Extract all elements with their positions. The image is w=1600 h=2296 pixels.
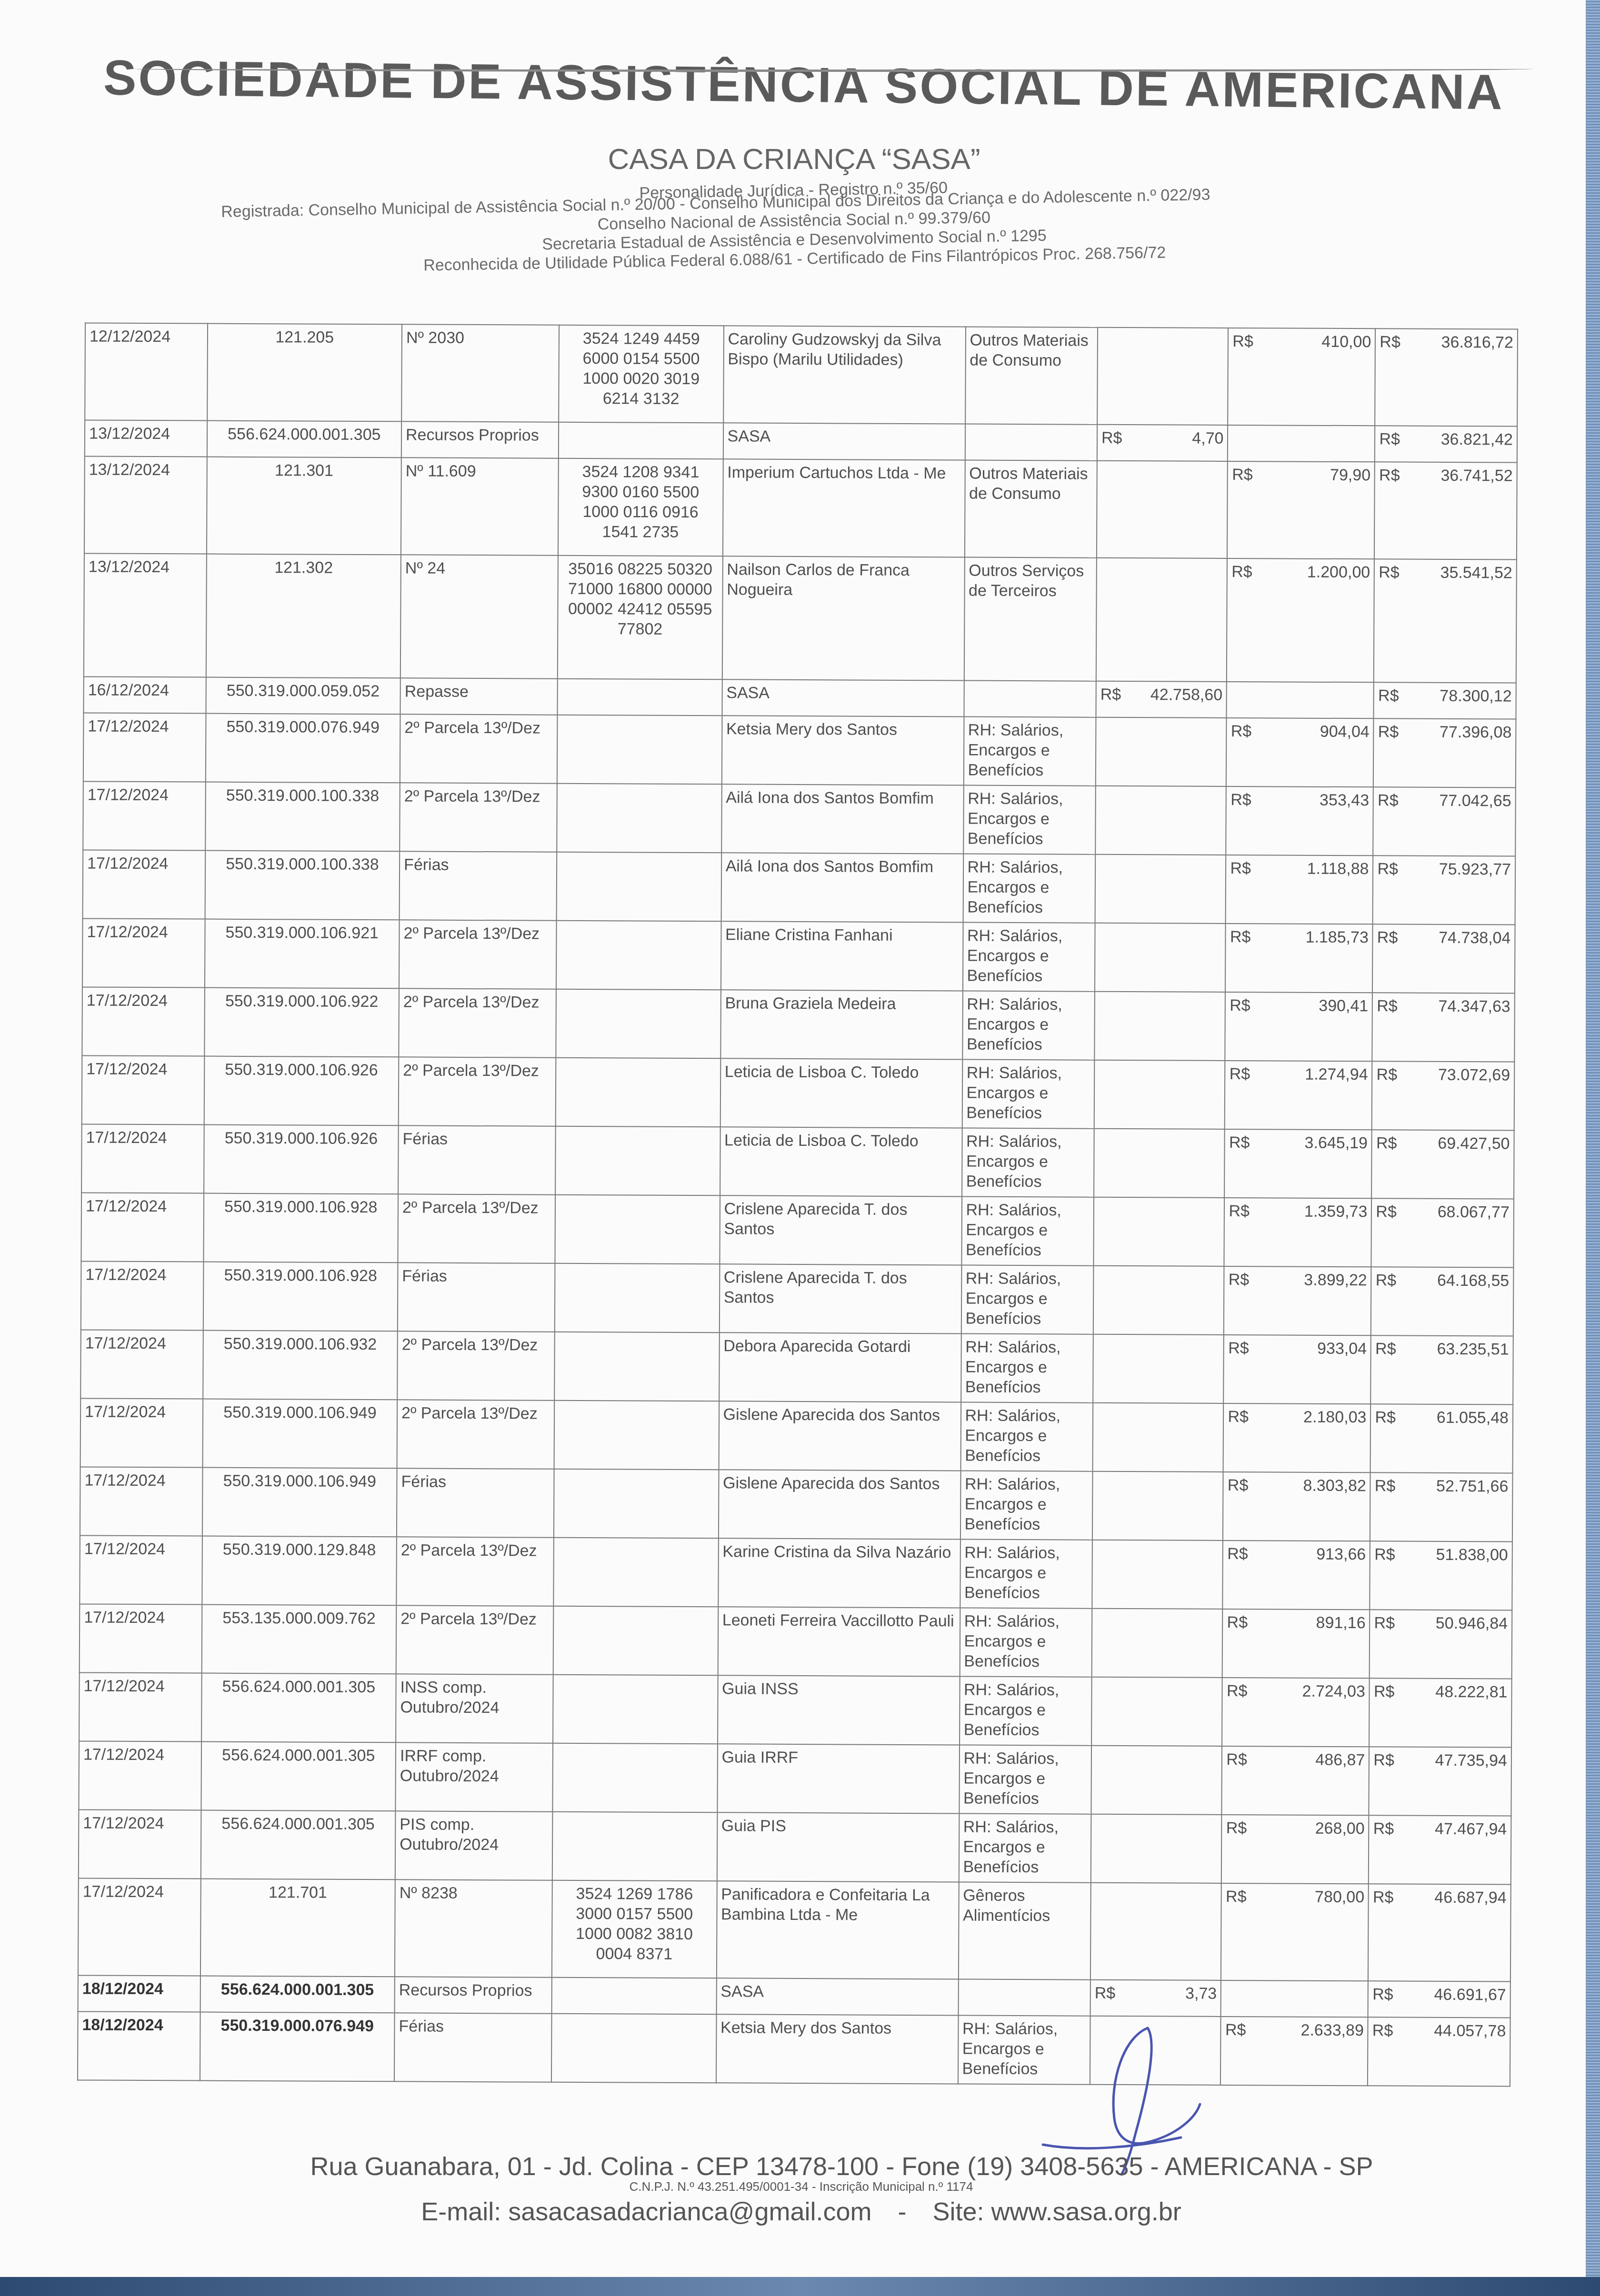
ledger-balance: R$64.168,55 (1371, 1267, 1513, 1336)
ledger-date: 17/12/2024 (83, 850, 205, 919)
ledger-payee: SASA (716, 1978, 958, 2015)
ledger-account: 550.319.000.106.928 (203, 1262, 398, 1332)
currency-symbol: R$ (1228, 1407, 1249, 1427)
ledger-credit: R$3,73 (1090, 1980, 1221, 2017)
amount-value: 64.168,55 (1437, 1271, 1509, 1291)
amount-value: 63.235,51 (1437, 1339, 1509, 1360)
ledger-date: 17/12/2024 (80, 1604, 202, 1673)
ledger-payee: Caroliny Gudzowskyj da Silva Bispo (Mari… (723, 326, 966, 424)
amount-value: 3.899,22 (1304, 1270, 1367, 1291)
ledger-category: RH: Salários, Encargos e Benefícios (960, 1608, 1092, 1677)
ledger-debit: R$410,00 (1228, 328, 1376, 426)
ledger-access-key (553, 1675, 718, 1744)
ledger-doc: 2º Parcela 13º/Dez (399, 988, 556, 1057)
amount-value: 75.923,77 (1439, 859, 1511, 880)
amount-value: 2.724,03 (1302, 1681, 1366, 1702)
ledger-category: RH: Salários, Encargos e Benefícios (963, 785, 1096, 855)
ledger-account: 550.319.000.100.338 (205, 782, 400, 852)
currency-symbol: R$ (1095, 1983, 1116, 2003)
ledger-debit: R$8.303,82 (1223, 1472, 1370, 1541)
ledger-account: 550.319.000.106.926 (204, 1056, 399, 1126)
table-row: 17/12/2024556.624.000.001.305IRRF comp. … (79, 1741, 1511, 1816)
ledger-access-key (556, 1058, 720, 1127)
ledger-doc: 2º Parcela 13º/Dez (399, 1057, 556, 1126)
ledger-access-key: 3524 1249 4459 6000 0154 5500 1000 0020 … (559, 325, 724, 423)
ledger-balance: R$69.427,50 (1372, 1130, 1514, 1199)
amount-value: 3,73 (1185, 1984, 1217, 2004)
ledger-account: 553.135.000.009.762 (201, 1605, 396, 1674)
ledger-doc: Férias (398, 1262, 555, 1332)
ledger-date: 12/12/2024 (85, 323, 207, 420)
amount-value: 50.946,84 (1436, 1613, 1508, 1634)
ledger-date: 17/12/2024 (81, 1261, 203, 1330)
ledger-credit (1091, 1814, 1222, 1883)
ledger-payee: Crislene Aparecida T. dos Santos (719, 1264, 961, 1333)
ledger-doc: Nº 2030 (401, 324, 559, 422)
amount-value: 1.274,94 (1305, 1064, 1368, 1085)
table-row: 12/12/2024121.205Nº 20303524 1249 4459 6… (85, 323, 1518, 426)
ledger-doc: IRRF comp. Outubro/2024 (395, 1742, 553, 1811)
ledger-debit (1227, 682, 1374, 718)
ledger-category: RH: Salários, Encargos e Benefícios (960, 1402, 1093, 1471)
amount-value: 51.838,00 (1436, 1545, 1508, 1565)
amount-value: 486,87 (1315, 1750, 1365, 1770)
ledger-account: 550.319.000.106.921 (205, 919, 400, 989)
ledger-debit: R$1.200,00 (1227, 558, 1374, 682)
amount-value: 1.359,73 (1304, 1202, 1368, 1222)
ledger-balance: R$63.235,51 (1371, 1335, 1513, 1404)
ledger-debit: R$2.724,03 (1222, 1678, 1370, 1747)
ledger-balance: R$77.042,65 (1373, 787, 1516, 856)
table-row: 13/12/2024121.302Nº 2435016 08225 50320 … (84, 553, 1517, 683)
ledger-access-key (555, 1195, 720, 1264)
amount-value: 47.735,94 (1435, 1750, 1507, 1771)
currency-symbol: R$ (1374, 1613, 1395, 1633)
table-row: 13/12/2024556.624.000.001.305Recursos Pr… (85, 420, 1517, 462)
ledger-access-key (551, 2014, 716, 2083)
ledger-category: RH: Salários, Encargos e Benefícios (962, 1128, 1094, 1197)
ledger-payee: Leticia de Lisboa C. Toledo (720, 1127, 962, 1196)
ledger-credit (1094, 1129, 1225, 1198)
ledger-payee: Karine Cristina da Silva Nazário (718, 1538, 960, 1608)
ledger-date: 17/12/2024 (79, 1672, 201, 1741)
ledger-access-key (557, 715, 722, 785)
footer-cnpj: C.N.P.J. N.º 43.251.495/0001-34 - Inscri… (14, 2179, 1588, 2194)
table-row: 16/12/2024550.319.000.059.052RepasseSASA… (83, 676, 1516, 719)
ledger-credit (1095, 923, 1226, 992)
ledger-category: RH: Salários, Encargos e Benefícios (962, 991, 1095, 1060)
currency-symbol: R$ (1229, 1201, 1250, 1221)
amount-value: 52.751,66 (1436, 1476, 1508, 1497)
ledger-credit (1092, 1609, 1223, 1678)
ledger-debit: R$1.274,94 (1225, 1061, 1372, 1130)
ledger-balance: R$77.396,08 (1373, 718, 1516, 787)
ledger-account: 550.319.000.129.848 (202, 1536, 397, 1606)
ledger-doc: Férias (400, 851, 557, 920)
ledger-doc: Nº 11.609 (401, 457, 559, 555)
ledger-category: RH: Salários, Encargos e Benefícios (961, 1334, 1093, 1403)
amount-value: 36.821,42 (1441, 429, 1513, 450)
ledger-payee: Guia INSS (718, 1675, 960, 1745)
ledger-credit: R$42.758,60 (1096, 681, 1227, 718)
table-row: 17/12/2024550.319.000.106.9212º Parcela … (82, 918, 1515, 993)
amount-value: 73.072,69 (1438, 1065, 1510, 1085)
ledger-balance: R$51.838,00 (1370, 1541, 1512, 1610)
ledger-payee: Ailá Iona dos Santos Bomfim (721, 853, 963, 922)
ledger-category: Gêneros Alimentícios (958, 1882, 1090, 1979)
ledger-account: 550.319.000.100.338 (205, 851, 400, 920)
footer-address: Rua Guanabara, 01 - Jd. Colina - CEP 134… (95, 2152, 1588, 2181)
table-row: 17/12/2024550.319.000.106.928FériasCrisl… (81, 1261, 1514, 1336)
ledger-access-key (555, 1126, 720, 1196)
ledger-balance: R$46.691,67 (1368, 1981, 1510, 2018)
ledger-date: 18/12/2024 (78, 2011, 200, 2080)
ledger-account: 121.205 (207, 324, 402, 422)
ledger-balance: R$36.741,52 (1374, 462, 1517, 559)
ledger-balance: R$47.735,94 (1369, 1747, 1511, 1816)
ledger-payee: Crislene Aparecida T. dos Santos (720, 1195, 962, 1265)
currency-symbol: R$ (1100, 685, 1121, 705)
ledger-credit (1092, 1540, 1223, 1609)
amount-value: 2.633,89 (1300, 2020, 1364, 2041)
ledger-category (958, 1979, 1090, 2016)
ledger-debit: R$1.118,88 (1226, 855, 1373, 924)
ledger-doc: 2º Parcela 13º/Dez (400, 783, 557, 852)
ledger-credit (1094, 1197, 1225, 1266)
ledger-debit: R$904,04 (1226, 718, 1374, 787)
currency-symbol: R$ (1374, 1544, 1395, 1564)
ledger-balance: R$78.300,12 (1374, 682, 1516, 719)
amount-value: 79,90 (1330, 465, 1370, 485)
ledger-date: 17/12/2024 (83, 781, 205, 850)
table-row: 17/12/2024121.701Nº 82383524 1269 1786 3… (78, 1878, 1511, 1981)
footer-email[interactable]: E-mail: sasacasadacrianca@gmail.com (421, 2197, 871, 2226)
currency-symbol: R$ (1229, 1270, 1250, 1290)
table-row: 17/12/2024550.319.000.129.8482º Parcela … (80, 1535, 1512, 1610)
ledger-credit (1090, 1883, 1221, 1980)
amount-value: 48.222,81 (1435, 1682, 1507, 1702)
ledger-access-key (556, 989, 720, 1059)
ledger-category: RH: Salários, Encargos e Benefícios (960, 1676, 1092, 1745)
amount-value: 780,00 (1315, 1887, 1364, 1907)
ledger-balance: R$52.751,66 (1370, 1472, 1512, 1541)
amount-value: 35.541,52 (1440, 563, 1512, 583)
ledger-balance: R$46.687,94 (1368, 1884, 1510, 1981)
currency-symbol: R$ (1380, 332, 1400, 352)
ledger-balance: R$47.467,94 (1369, 1815, 1511, 1884)
amount-value: 1.118,88 (1307, 859, 1369, 879)
ledger-category: RH: Salários, Encargos e Benefícios (963, 717, 1096, 786)
ledger-payee: Nailson Carlos de Franca Nogueira (722, 556, 964, 680)
currency-symbol: R$ (1231, 562, 1252, 582)
table-row: 17/12/2024550.319.000.106.9262º Parcela … (82, 1055, 1515, 1130)
table-row: 17/12/2024550.319.000.106.9322º Parcela … (80, 1330, 1513, 1404)
ledger-payee: Debora Aparecida Gotardi (719, 1332, 961, 1402)
amount-value: 1.200,00 (1307, 562, 1370, 583)
ledger-payee: Eliane Cristina Fanhani (721, 921, 963, 991)
ledger-access-key (554, 1469, 719, 1539)
ledger-account: 550.319.000.106.926 (204, 1125, 399, 1194)
table-row: 17/12/2024550.319.000.106.949FériasGisle… (80, 1467, 1513, 1541)
ledger-access-key (557, 679, 722, 716)
amount-value: 353,43 (1320, 790, 1369, 810)
ledger-access-key (553, 1606, 718, 1676)
ledger-access-key (554, 1401, 719, 1470)
ledger-account: 550.319.000.076.949 (205, 714, 400, 783)
currency-symbol: R$ (1227, 1544, 1248, 1564)
ledger-access-key (552, 1812, 717, 1881)
table-row: 17/12/2024550.319.000.100.338FériasAilá … (83, 850, 1516, 924)
amount-value: 77.396,08 (1440, 722, 1511, 743)
ledger-category: RH: Salários, Encargos e Benefícios (959, 1813, 1091, 1882)
ledger-date: 17/12/2024 (80, 1535, 202, 1604)
ledger-account: 550.319.000.076.949 (200, 2012, 395, 2082)
currency-symbol: R$ (1101, 428, 1122, 448)
ledger-balance: R$50.946,84 (1370, 1610, 1512, 1679)
ledger-debit: R$3.645,19 (1225, 1129, 1372, 1198)
ledger-debit: R$353,43 (1226, 786, 1374, 855)
ledger-access-key (552, 1743, 717, 1813)
currency-symbol: R$ (1378, 722, 1399, 742)
ledger-debit: R$79,90 (1227, 461, 1375, 559)
ledger-balance: R$74.347,63 (1372, 993, 1515, 1062)
amount-value: 74.738,04 (1439, 928, 1510, 948)
amount-value: 77.042,65 (1439, 791, 1511, 811)
currency-symbol: R$ (1377, 1064, 1398, 1084)
amount-value: 891,16 (1316, 1613, 1366, 1633)
ledger-payee: Leoneti Ferreira Vaccillotto Pauli (718, 1607, 960, 1676)
ledger-doc: 2º Parcela 13º/Dez (400, 714, 558, 783)
amount-value: 42.758,60 (1150, 685, 1222, 705)
ledger-access-key (559, 422, 723, 459)
currency-symbol: R$ (1375, 1476, 1396, 1496)
ledger-credit (1097, 461, 1228, 558)
ledger-doc: INSS comp. Outubro/2024 (396, 1674, 553, 1743)
table-row: 17/12/2024556.624.000.001.305PIS comp. O… (79, 1809, 1511, 1884)
currency-symbol: R$ (1377, 996, 1398, 1016)
registration-block: Personalidade Jurídica - Registro n.º 35… (0, 167, 1589, 282)
currency-symbol: R$ (1375, 1407, 1396, 1427)
amount-value: 69.427,50 (1438, 1133, 1510, 1154)
currency-symbol: R$ (1374, 1681, 1395, 1701)
ledger-balance: R$44.057,78 (1368, 2017, 1510, 2086)
ledger-access-key (553, 1538, 718, 1607)
ledger-rows: 12/12/2024121.205Nº 20303524 1249 4459 6… (78, 323, 1518, 2086)
footer-contact: E-mail: sasacasadacrianca@gmail.com - Si… (14, 2197, 1588, 2226)
ledger-account: 550.319.000.106.949 (202, 1399, 397, 1469)
ledger-balance: R$35.541,52 (1374, 559, 1517, 683)
amount-value: 61.055,48 (1437, 1408, 1509, 1428)
currency-symbol: R$ (1376, 1202, 1397, 1222)
table-row: 18/12/2024550.319.000.076.949FériasKetsi… (78, 2011, 1510, 2086)
footer: Rua Guanabara, 01 - Jd. Colina - CEP 134… (0, 2152, 1588, 2226)
amount-value: 2.180,03 (1303, 1407, 1367, 1428)
ledger-category: RH: Salários, Encargos e Benefícios (962, 923, 1095, 992)
ledger-category: RH: Salários, Encargos e Benefícios (960, 1471, 1092, 1540)
ledger-doc: 2º Parcela 13º/Dez (398, 1194, 556, 1263)
ledger-account: 556.624.000.001.305 (201, 1742, 396, 1811)
ledger-date: 13/12/2024 (85, 420, 207, 457)
ledger-balance: R$73.072,69 (1372, 1061, 1514, 1130)
ledger-debit: R$486,87 (1222, 1746, 1370, 1815)
ledger-doc: PIS comp. Outubro/2024 (395, 1811, 553, 1880)
currency-symbol: R$ (1230, 995, 1250, 1015)
ledger-credit (1093, 1266, 1224, 1335)
footer-site[interactable]: Site: www.sasa.org.br (932, 2197, 1181, 2226)
currency-symbol: R$ (1227, 1612, 1248, 1632)
letterhead: SOCIEDADE DE ASSISTÊNCIA SOCIAL DE AMERI… (0, 57, 1588, 268)
ledger-category: RH: Salários, Encargos e Benefícios (961, 1265, 1093, 1334)
ledger-access-key (555, 1263, 720, 1333)
ledger-credit (1097, 328, 1228, 425)
amount-value: 68.067,77 (1438, 1202, 1510, 1223)
org-name: SOCIEDADE DE ASSISTÊNCIA SOCIAL DE AMERI… (103, 50, 1504, 121)
ledger-access-key (557, 784, 721, 853)
scanner-edge-right (1586, 0, 1600, 2296)
ledger-payee: Panificadora e Confeitaria La Bambina Lt… (716, 1881, 959, 1979)
ledger-payee: Ketsia Mery dos Santos (716, 2014, 959, 2084)
ledger-credit (1095, 786, 1226, 855)
ledger-category: Outros Materiais de Consumo (964, 460, 1097, 558)
ledger-date: 17/12/2024 (79, 1741, 201, 1810)
ledger-payee: Ketsia Mery dos Santos (721, 716, 964, 785)
currency-symbol: R$ (1225, 2020, 1246, 2040)
table-row: 17/12/2024550.319.000.106.9282º Parcela … (81, 1193, 1514, 1267)
ledger-doc: Repasse (400, 678, 558, 715)
ledger-balance: R$36.821,42 (1375, 426, 1517, 462)
ledger-date: 17/12/2024 (79, 1809, 201, 1879)
ledger-category (965, 424, 1097, 461)
ledger-category: Outros Materiais de Consumo (965, 327, 1098, 425)
amount-value: 46.687,94 (1434, 1888, 1506, 1908)
currency-symbol: R$ (1228, 1338, 1249, 1358)
ledger-category: RH: Salários, Encargos e Benefícios (963, 854, 1095, 923)
ledger-account: 121.701 (200, 1879, 395, 1977)
ledger-debit: R$3.899,22 (1224, 1266, 1371, 1335)
currency-symbol: R$ (1230, 858, 1251, 878)
ledger-access-key (557, 852, 721, 922)
currency-symbol: R$ (1232, 331, 1253, 351)
currency-symbol: R$ (1230, 1064, 1250, 1084)
ledger-account: 550.319.000.106.932 (203, 1331, 398, 1400)
ledger-date: 17/12/2024 (82, 918, 205, 987)
ledger-account: 550.319.000.106.922 (204, 988, 399, 1057)
currency-symbol: R$ (1372, 1984, 1393, 2004)
ledger-date: 17/12/2024 (83, 713, 206, 782)
ledger-balance: R$75.923,77 (1373, 855, 1515, 924)
currency-symbol: R$ (1232, 465, 1253, 485)
ledger-category: RH: Salários, Encargos e Benefícios (962, 1060, 1094, 1129)
ledger-payee: Guia IRRF (717, 1744, 960, 1813)
amount-value: 410,00 (1321, 332, 1371, 352)
ledger-date: 17/12/2024 (80, 1467, 202, 1536)
ledger-debit: R$891,16 (1222, 1609, 1370, 1678)
ledger-access-key: 3524 1269 1786 3000 0157 5500 1000 0082 … (552, 1880, 717, 1978)
ledger-debit: R$1.185,73 (1225, 924, 1373, 993)
ledger-date: 18/12/2024 (78, 1975, 200, 2012)
ledger-doc: Férias (397, 1468, 554, 1537)
scanner-edge-bottom (0, 2277, 1600, 2296)
ledger-date: 16/12/2024 (83, 676, 206, 713)
ledger-doc: Nº 24 (400, 555, 558, 678)
ledger-account: 550.319.000.106.949 (202, 1468, 397, 1537)
ledger-date: 17/12/2024 (82, 987, 204, 1056)
ledger-debit (1221, 1980, 1368, 2017)
ledger-date: 13/12/2024 (84, 553, 207, 677)
amount-value: 4,70 (1192, 428, 1223, 448)
currency-symbol: R$ (1226, 1818, 1247, 1838)
table-row: 17/12/2024556.624.000.001.305INSS comp. … (79, 1672, 1512, 1747)
ledger-account: 550.319.000.106.928 (203, 1193, 398, 1263)
currency-symbol: R$ (1372, 2020, 1393, 2040)
ledger-balance: R$74.738,04 (1372, 924, 1515, 993)
ledger-balance: R$61.055,48 (1370, 1404, 1513, 1473)
table-row: 13/12/2024121.301Nº 11.6093524 1208 9341… (84, 456, 1517, 559)
table-row: 17/12/2024550.319.000.106.9492º Parcela … (80, 1398, 1513, 1473)
ledger-balance: R$68.067,77 (1371, 1198, 1514, 1267)
footer-separator: - (898, 2197, 906, 2226)
ledger-category: Outros Serviços de Terceiros (964, 557, 1097, 681)
ledger-payee: Bruna Graziela Medeira (720, 990, 963, 1059)
currency-symbol: R$ (1376, 1133, 1397, 1153)
currency-symbol: R$ (1226, 1749, 1247, 1769)
ledger-access-key (556, 921, 721, 990)
ledger-doc: Nº 8238 (395, 1879, 552, 1977)
ledger-access-key: 3524 1208 9341 9300 0160 5500 1000 0116 … (558, 458, 723, 557)
currency-symbol: R$ (1376, 1270, 1397, 1290)
ledger-credit (1093, 1334, 1224, 1403)
amount-value: 8.303,82 (1303, 1476, 1366, 1496)
amount-value: 36.816,72 (1441, 332, 1513, 353)
ledger-date: 17/12/2024 (78, 1878, 200, 1976)
amount-value: 390,41 (1319, 996, 1368, 1016)
ledger-doc: 2º Parcela 13º/Dez (396, 1605, 554, 1674)
ledger-table: 12/12/2024121.205Nº 20303524 1249 4459 6… (77, 322, 1518, 2087)
ledger-credit (1091, 1746, 1222, 1815)
ledger-date: 17/12/2024 (80, 1398, 203, 1467)
ledger-date: 17/12/2024 (81, 1193, 203, 1262)
ledger-debit: R$1.359,73 (1224, 1198, 1372, 1267)
ledger-doc: Férias (394, 2013, 552, 2082)
ledger-account: 556.624.000.001.305 (207, 421, 401, 458)
ledger-doc: Recursos Proprios (401, 421, 559, 458)
amount-value: 1.185,73 (1305, 927, 1369, 948)
ledger-doc: Férias (398, 1125, 556, 1194)
currency-symbol: R$ (1231, 721, 1252, 741)
amount-value: 904,04 (1320, 722, 1370, 742)
ledger-debit: R$268,00 (1221, 1815, 1369, 1884)
amount-value: 78.300,12 (1440, 686, 1511, 706)
currency-symbol: R$ (1373, 1819, 1394, 1839)
amount-value: 44.057,78 (1434, 2021, 1506, 2041)
ledger-payee: Imperium Cartuchos Ltda - Me (723, 459, 965, 557)
ledger-date: 17/12/2024 (81, 1124, 204, 1193)
ledger-credit: R$4,70 (1097, 425, 1228, 461)
currency-symbol: R$ (1375, 1339, 1396, 1359)
ledger-debit: R$390,41 (1225, 992, 1373, 1061)
ledger-credit (1096, 558, 1228, 682)
ledger-payee: Gislene Aparecida dos Santos (719, 1401, 961, 1471)
ledger-credit (1096, 717, 1227, 786)
ledger-date: 13/12/2024 (84, 456, 207, 554)
currency-symbol: R$ (1230, 927, 1251, 947)
ledger-credit (1094, 1060, 1225, 1129)
ledger-doc: 2º Parcela 13º/Dez (397, 1331, 555, 1400)
ledger-debit: R$2.633,89 (1220, 2017, 1368, 2086)
ledger-payee: Leticia de Lisboa C. Toledo (720, 1058, 962, 1128)
ledger-access-key: 35016 08225 50320 71000 16800 00000 0000… (558, 556, 723, 680)
ledger-doc: Recursos Proprios (395, 1977, 552, 2013)
